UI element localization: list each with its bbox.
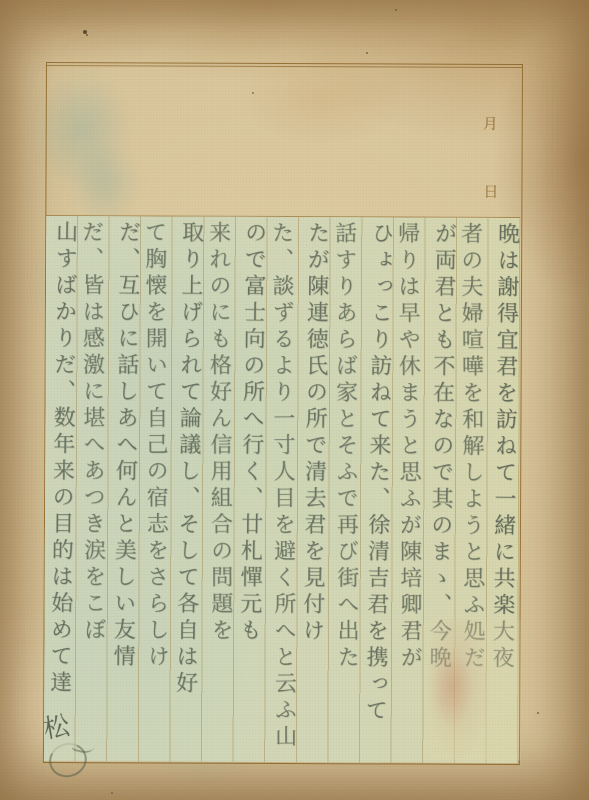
diary-sheet: 月 日 晩は謝得宜君を訪ねて一緒に共楽大夜者の夫婦喧嘩を和解しようと思ふ処だが両… xyxy=(0,0,589,800)
handwriting-column: 晩は謝得宜君を訪ねて一緒に共楽大夜 xyxy=(484,222,523,762)
handwriting-column: ので富士向の所へ行く、廿札憚元も xyxy=(231,221,270,761)
handwriting-column: 話すりあらば家とそふで再び街へ出た xyxy=(327,221,362,761)
handwriting-column: ひょっこり訪ねて来た、徐清吉君を携って xyxy=(357,221,396,761)
handwriting-column: 帰りは早や休まうと思ふが陳培卿君が xyxy=(391,221,426,761)
handwriting-column: だ、皆は感激に堪へあつき涙をこぼ xyxy=(75,220,110,760)
month-label: 月 xyxy=(483,113,501,134)
handwriting-column: たが陳連徳氏の所で清去君を見付け xyxy=(294,221,333,761)
handwriting-column: 者の夫婦喧嘩を和解しようと思ふ処だ xyxy=(454,222,489,762)
handwriting-column: が両君とも不在なので其のまゝ、今晩 xyxy=(420,222,459,762)
day-label: 日 xyxy=(483,181,501,202)
handwriting-columns: 晩は謝得宜君を訪ねて一緒に共楽大夜者の夫婦喧嘩を和解しようと思ふ処だが両君とも不… xyxy=(44,216,520,763)
signature-character: 松 xyxy=(40,705,72,746)
handwriting-column: 来れのにも格好ん信用組合の問題を xyxy=(201,221,236,761)
handwriting-column: だ、互ひに話しあへ何んと美しい友情 xyxy=(104,220,143,760)
diary-page-scan: 月 日 晩は謝得宜君を訪ねて一緒に共楽大夜者の夫婦喧嘩を和解しようと思ふ処だが両… xyxy=(0,0,589,800)
handwriting-column: 取り上げられて論議し、そして各自は好 xyxy=(168,220,207,760)
handwriting-column: た、談ずるより一寸人目を避く所へと云ふ山 xyxy=(264,221,299,761)
handwriting-column: 山すばかりだ、数年来の目的は始めて達 xyxy=(41,220,80,760)
signature-mark: 松 xyxy=(33,697,103,797)
handwriting-column: て胸懐を開いて自己の宿志をさらしけ xyxy=(138,220,173,760)
paper-specks xyxy=(0,0,2,2)
